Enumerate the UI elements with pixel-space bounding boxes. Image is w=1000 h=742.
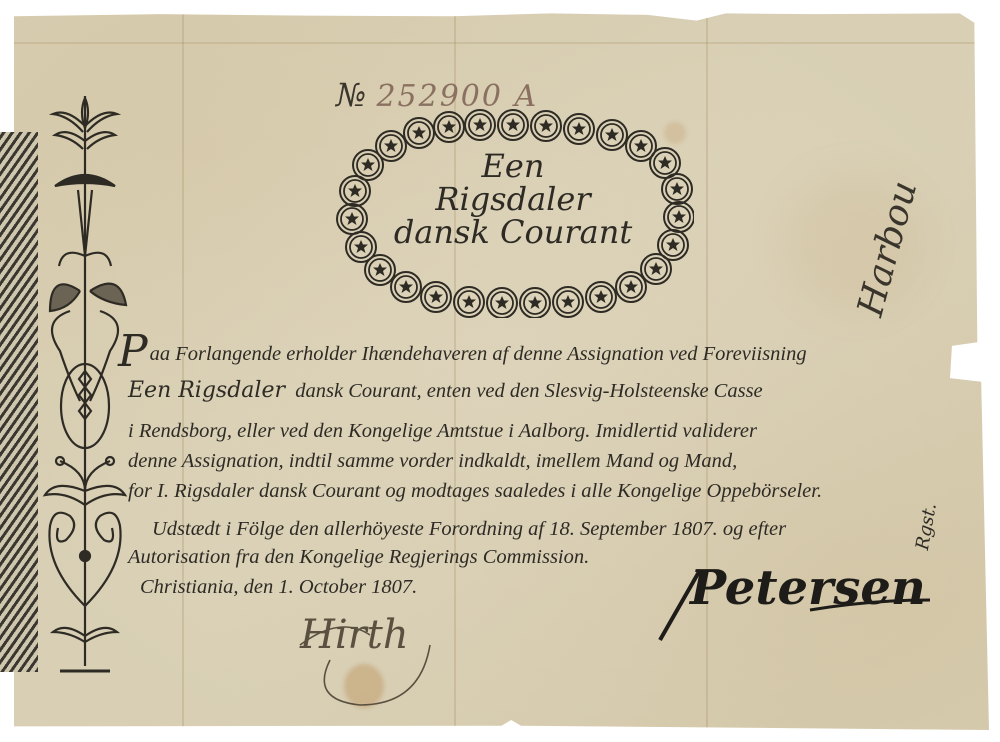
denomination-line-2: Rigsdaler xyxy=(332,183,694,216)
signature-stroke-icon xyxy=(650,560,930,660)
body-line-4: denne Assignation, indtil samme vorder i… xyxy=(128,450,737,473)
issuance-place-date: Christiania, den 1. October 1807. xyxy=(140,576,417,599)
body-line-5: for I. Rigsdaler dansk Courant og modtag… xyxy=(128,480,822,503)
script-denomination: Een Rigsdaler xyxy=(128,378,285,403)
body-text: dansk Courant, enten ved den Slesvig-Hol… xyxy=(295,380,762,402)
denomination-line-1: Een xyxy=(332,150,694,183)
body-line-2: Een Rigsdaler dansk Courant, enten ved d… xyxy=(128,378,763,403)
denomination-text: Een Rigsdaler dansk Courant xyxy=(332,150,694,249)
issuance-line-1: Udstædt i Fölge den allerhöyeste Forordn… xyxy=(152,518,786,541)
floral-ornament-icon xyxy=(40,86,130,676)
issuance-line-2: Autorisation fra den Kongelige Regjering… xyxy=(128,546,589,569)
body-line-3: i Rendsborg, eller ved den Kongelige Amt… xyxy=(128,420,757,443)
body-line-1: Paa Forlangende erholder Ihændehaveren a… xyxy=(118,326,807,377)
hatched-border xyxy=(0,132,38,672)
body-text: aa Forlangende erholder Ihændehaveren af… xyxy=(150,343,807,365)
fold-line xyxy=(14,42,989,44)
denomination-line-3: dansk Courant xyxy=(332,216,694,249)
drop-cap: P xyxy=(118,326,148,377)
signature-flourish-icon xyxy=(290,600,450,710)
